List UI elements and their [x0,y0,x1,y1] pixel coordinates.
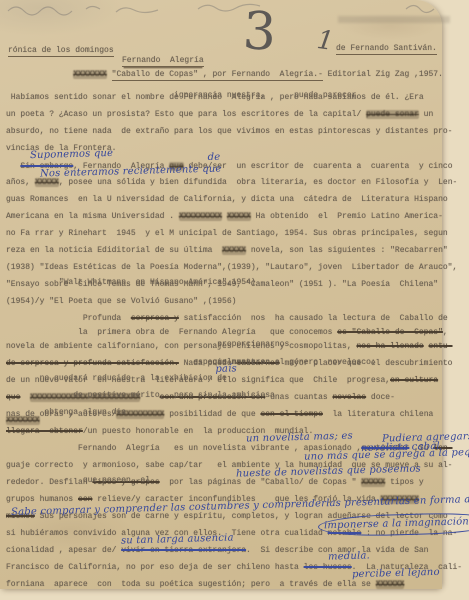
overstruck-illegible-text: XXXXX [361,478,385,487]
manuscript-line: absurdo, no tiene nada de extraño para l… [6,123,442,140]
struck-typed-text: nos ha llenado [356,342,423,351]
typed-text [6,151,30,160]
manuscript-line: (1938) "Ideas Estéticas de la Poesía Mod… [6,259,442,276]
overstruck-illegible-text: XXXXX [227,212,251,221]
manuscript-line: Profunda sorpresa y satisfacción nos ha … [6,310,442,327]
typed-text: satisfacción nos ha causado la lectura d… [179,314,448,323]
typed-text: Ha obtenido el Premio Latino America- [251,212,443,221]
struck-typed-text: entu- [429,342,453,351]
typed-text [6,484,83,493]
pencil-mark: 1 [315,27,335,55]
typed-text: , [443,328,448,337]
typed-text-block: XXXXXXX "Caballo de Copas" , por Fernand… [6,66,442,593]
pencil-scribble [404,2,438,14]
manuscript-line: (1954)/y "El Poeta que se Volvió Gusano"… [6,293,442,310]
credit-line: de Fernando Santiván. [336,44,437,55]
typed-text: forniana aparece con toda su poética sug… [6,580,376,589]
overstruck-illegible-text: XXXXXXXXX [179,212,222,221]
typed-text [6,434,246,443]
struck-typed-text: sorpresa y [131,314,179,323]
typed-text [6,382,40,391]
typed-text: años, [6,178,35,187]
typed-text: (1938) "Ideas Estéticas de la Poesía Mod… [6,263,457,272]
manuscript-page: rónica de los domingos Fernando Alegría … [0,0,442,589]
erased-typed-line [338,16,450,23]
struck-typed-text: en cultura [390,376,438,385]
typed-text: /ser un escritor de cuarenta a cuarenta … [208,162,453,171]
typed-text: la primera obra de Fernando Alegría que … [6,328,337,337]
page-number-pencil: 3 [242,5,278,59]
typed-text: unas cuantas [265,393,332,402]
typed-text [6,348,217,357]
overstruck-illegible-text: puede sonar [366,110,419,119]
typed-text [6,286,59,295]
typed-text [6,553,328,562]
overstruck-illegible-text: XXXXX [222,246,246,255]
typed-text: absurdo, no tiene nada de extraño para l… [6,127,452,136]
underlined-title-text: "Caballo de Copas" , por Fernando Alegrí… [112,70,323,81]
typed-text [6,570,352,579]
typed-text: guas Romances en la U niversidad de Cali… [6,195,448,204]
typed-text: Editorial Zig Zag ,1957. [323,70,443,79]
overstruck-illegible-text: XXXXXXX [73,70,107,79]
typed-text [174,99,294,108]
typed-text [6,520,318,529]
pencil-scribble [6,3,166,17]
handwritten-ink-note: su tan larga ausencia [121,529,234,549]
overstruck-illegible-text: XXXXXX [376,580,405,589]
manuscript-line: Americana en la misma Universidad . XXXX… [6,208,442,225]
typed-text [6,536,121,545]
overstruck-illegible-text: XXXXX [35,178,59,187]
typed-text: doce- [366,393,395,402]
overstruck-illegible-text: XXXXXXX [6,416,40,425]
typed-text: un poeta ? ¿Acaso un prosista? Esto que … [6,110,366,119]
struck-typed-text: novelas [332,393,366,402]
typed-text: posibilidad de que [164,410,260,419]
typed-text: tipos y [385,478,423,487]
typed-text [6,70,73,79]
typed-text: reza en la noticia Ediditorial de su últ… [6,246,222,255]
typed-text [6,168,40,177]
typed-text [6,99,174,108]
typed-text: Americana en la misma Universidad . [6,212,179,221]
handwritten-ink-note: medula. [327,547,369,565]
manuscript-line: un poeta ? ¿Acaso un prosista? Esto que … [6,106,442,123]
manuscript-line: la primera obra de Fernando Alegría que … [6,327,442,338]
scanned-manuscript: { "page": { "header": { "series": "rónic… [0,0,469,600]
typed-text: novela, son las siguientes : "Recabarren… [246,246,448,255]
typed-text: la literatura chilena [323,410,433,419]
typed-text [107,70,112,79]
manuscript-line: no Fa rrar y Rinehart 1945 y el M unicip… [6,225,442,242]
typed-text: (1954)/y "El Poeta que se Volvió Gusano"… [6,297,236,306]
typed-text: no Fa rrar y Rinehart 1945 y el M unicip… [6,229,448,238]
column-series-title: rónica de los domingos [8,46,114,57]
manuscript-line: XXXXXXX "Caballo de Copas" , por Fernand… [6,66,442,89]
typed-text: Profunda [6,314,131,323]
typed-text [6,451,304,460]
manuscript-line: guas Romances en la U niversidad de Cali… [6,191,442,208]
manuscript-line: reza en la noticia Ediditorial de su últ… [6,242,442,259]
struck-typed-text: con el tiempo [260,410,322,419]
struck-typed-text: es "Caballo de Copas" [337,328,443,337]
typed-text: un [419,110,433,119]
handwritten-ink-note: Suponemos que [30,144,114,163]
